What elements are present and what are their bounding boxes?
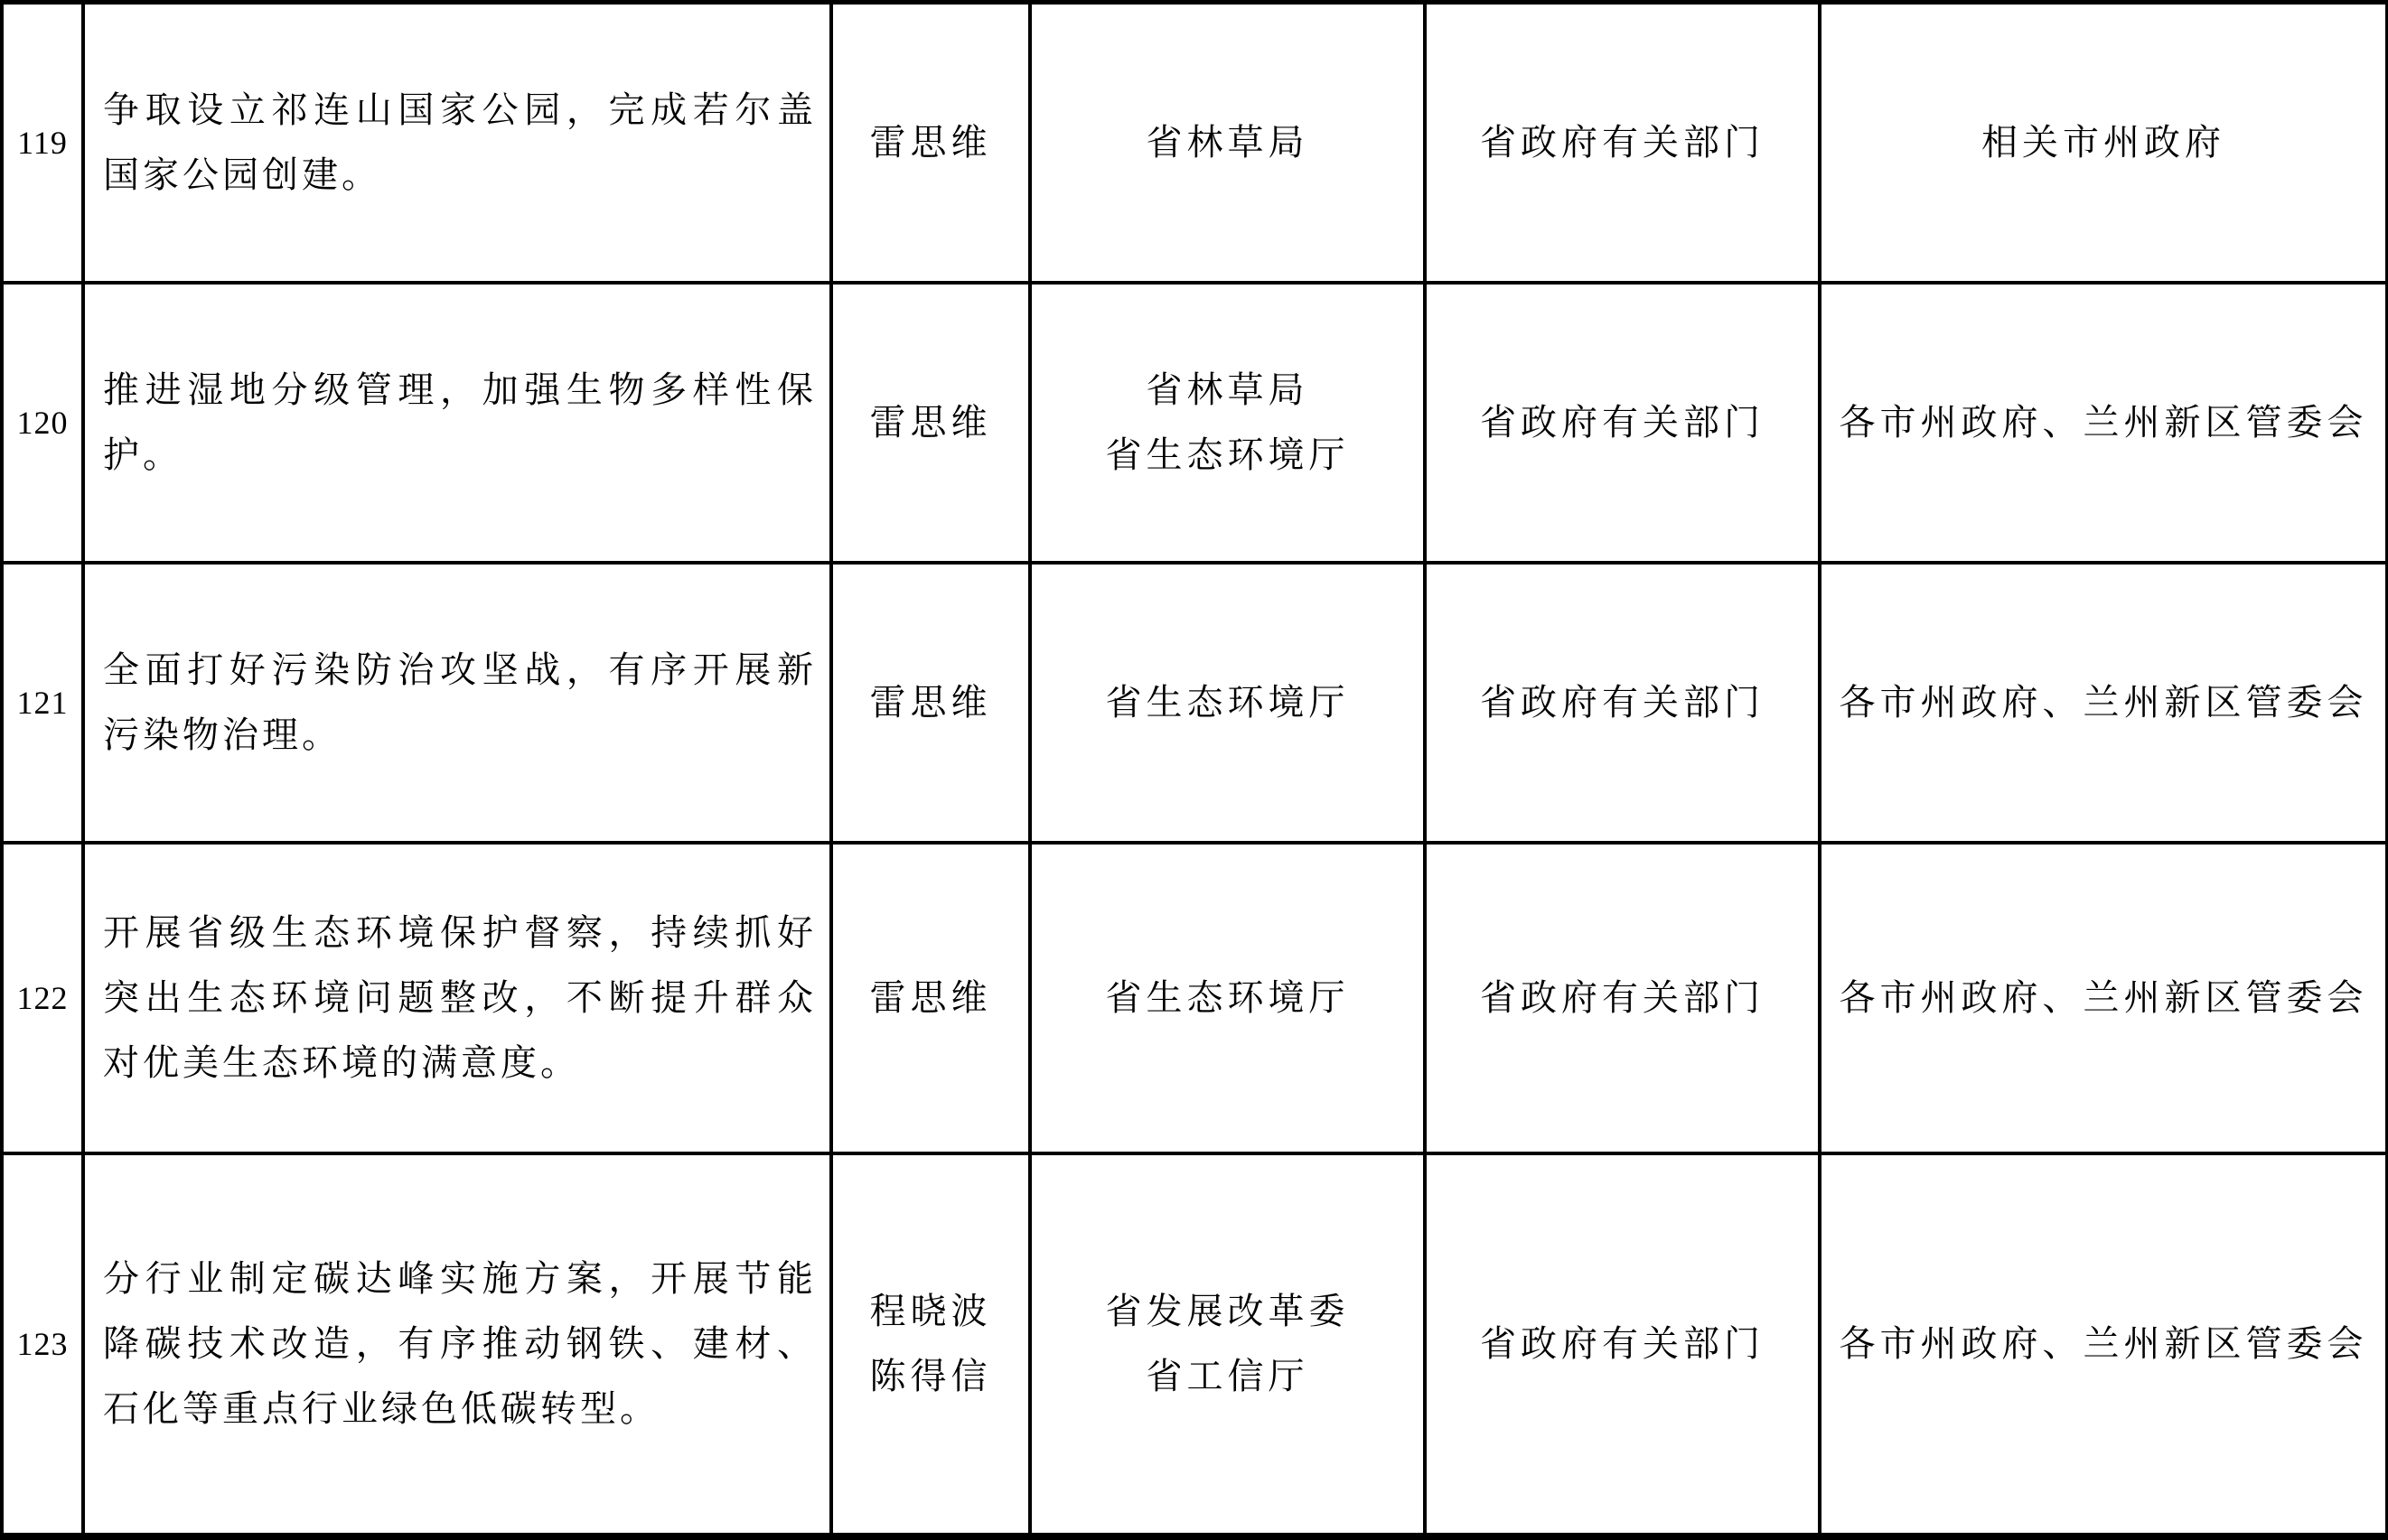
cell-row-number: 123 — [4, 1155, 85, 1533]
leader-name: 雷思维 — [870, 670, 992, 735]
cell-task: 争取设立祁连山国家公园，完成若尔盖国家公园创建。 — [85, 5, 833, 281]
cooperating-department: 省政府有关部门 — [1480, 390, 1765, 455]
cooperating-department: 省政府有关部门 — [1480, 110, 1765, 175]
implementing-unit: 相关市州政府 — [1981, 110, 2225, 175]
task-text: 分行业制定碳达峰实施方案，开展节能降碳技术改造，有序推动钢铁、建材、石化等重点行… — [85, 1246, 829, 1442]
cell-cooperating-department: 省政府有关部门 — [1427, 845, 1821, 1152]
row-number: 122 — [17, 979, 69, 1017]
cell-row-number: 120 — [4, 285, 85, 561]
cell-leader: 雷思维 — [833, 565, 1032, 841]
cell-lead-department: 省生态环境厅 — [1032, 565, 1427, 841]
lead-department: 省生态环境厅 — [1106, 966, 1350, 1031]
cell-leader: 雷思维 — [833, 5, 1032, 281]
task-table: 119 争取设立祁连山国家公园，完成若尔盖国家公园创建。 雷思维 省林草局 省政… — [0, 0, 2388, 1540]
cell-leader: 雷思维 — [833, 285, 1032, 561]
cell-implementing-unit: 各市州政府、兰州新区管委会 — [1821, 1155, 2385, 1533]
row-number: 120 — [17, 404, 69, 442]
cell-task: 推进湿地分级管理，加强生物多样性保护。 — [85, 285, 833, 561]
table-row: 123 分行业制定碳达峰实施方案，开展节能降碳技术改造，有序推动钢铁、建材、石化… — [4, 1155, 2385, 1533]
cell-row-number: 119 — [4, 5, 85, 281]
cell-task: 全面打好污染防治攻坚战，有序开展新污染物治理。 — [85, 565, 833, 841]
cell-cooperating-department: 省政府有关部门 — [1427, 565, 1821, 841]
leader-name: 雷思维 — [870, 110, 992, 175]
leader-name: 雷思维 — [870, 390, 992, 455]
cooperating-department: 省政府有关部门 — [1480, 966, 1765, 1031]
task-text: 争取设立祁连山国家公园，完成若尔盖国家公园创建。 — [85, 78, 829, 208]
cell-row-number: 121 — [4, 565, 85, 841]
cell-implementing-unit: 各市州政府、兰州新区管委会 — [1821, 565, 2385, 841]
cell-cooperating-department: 省政府有关部门 — [1427, 1155, 1821, 1533]
table-row: 119 争取设立祁连山国家公园，完成若尔盖国家公园创建。 雷思维 省林草局 省政… — [4, 5, 2385, 285]
implementing-unit: 各市州政府、兰州新区管委会 — [1840, 670, 2368, 735]
cell-lead-department: 省林草局 — [1032, 5, 1427, 281]
cell-task: 开展省级生态环境保护督察，持续抓好突出生态环境问题整改，不断提升群众对优美生态环… — [85, 845, 833, 1152]
row-number: 119 — [17, 124, 68, 162]
implementing-unit: 各市州政府、兰州新区管委会 — [1840, 390, 2368, 455]
cell-cooperating-department: 省政府有关部门 — [1427, 285, 1821, 561]
cell-implementing-unit: 相关市州政府 — [1821, 5, 2385, 281]
task-text: 推进湿地分级管理，加强生物多样性保护。 — [85, 358, 829, 488]
cooperating-department: 省政府有关部门 — [1480, 1311, 1765, 1377]
lead-department: 省林草局 省生态环境厅 — [1106, 358, 1350, 488]
cell-row-number: 122 — [4, 845, 85, 1152]
leader-name: 程晓波 陈得信 — [870, 1279, 992, 1409]
cell-lead-department: 省生态环境厅 — [1032, 845, 1427, 1152]
lead-department: 省生态环境厅 — [1106, 670, 1350, 735]
implementing-unit: 各市州政府、兰州新区管委会 — [1840, 1311, 2368, 1377]
lead-department: 省林草局 — [1147, 110, 1309, 175]
cooperating-department: 省政府有关部门 — [1480, 670, 1765, 735]
task-text: 开展省级生态环境保护督察，持续抓好突出生态环境问题整改，不断提升群众对优美生态环… — [85, 901, 829, 1096]
cell-leader: 程晓波 陈得信 — [833, 1155, 1032, 1533]
leader-name: 雷思维 — [870, 966, 992, 1031]
table-row: 120 推进湿地分级管理，加强生物多样性保护。 雷思维 省林草局 省生态环境厅 … — [4, 285, 2385, 565]
cell-cooperating-department: 省政府有关部门 — [1427, 5, 1821, 281]
cell-task: 分行业制定碳达峰实施方案，开展节能降碳技术改造，有序推动钢铁、建材、石化等重点行… — [85, 1155, 833, 1533]
table-row: 122 开展省级生态环境保护督察，持续抓好突出生态环境问题整改，不断提升群众对优… — [4, 845, 2385, 1155]
cell-implementing-unit: 各市州政府、兰州新区管委会 — [1821, 285, 2385, 561]
cell-lead-department: 省林草局 省生态环境厅 — [1032, 285, 1427, 561]
implementing-unit: 各市州政府、兰州新区管委会 — [1840, 966, 2368, 1031]
lead-department: 省发展改革委 省工信厅 — [1106, 1279, 1350, 1409]
document-page: 119 争取设立祁连山国家公园，完成若尔盖国家公园创建。 雷思维 省林草局 省政… — [0, 0, 2388, 1540]
row-number: 123 — [17, 1325, 69, 1363]
task-text: 全面打好污染防治攻坚战，有序开展新污染物治理。 — [85, 638, 829, 768]
row-number: 121 — [17, 684, 69, 722]
cell-lead-department: 省发展改革委 省工信厅 — [1032, 1155, 1427, 1533]
cell-implementing-unit: 各市州政府、兰州新区管委会 — [1821, 845, 2385, 1152]
cell-leader: 雷思维 — [833, 845, 1032, 1152]
table-row: 121 全面打好污染防治攻坚战，有序开展新污染物治理。 雷思维 省生态环境厅 省… — [4, 565, 2385, 845]
